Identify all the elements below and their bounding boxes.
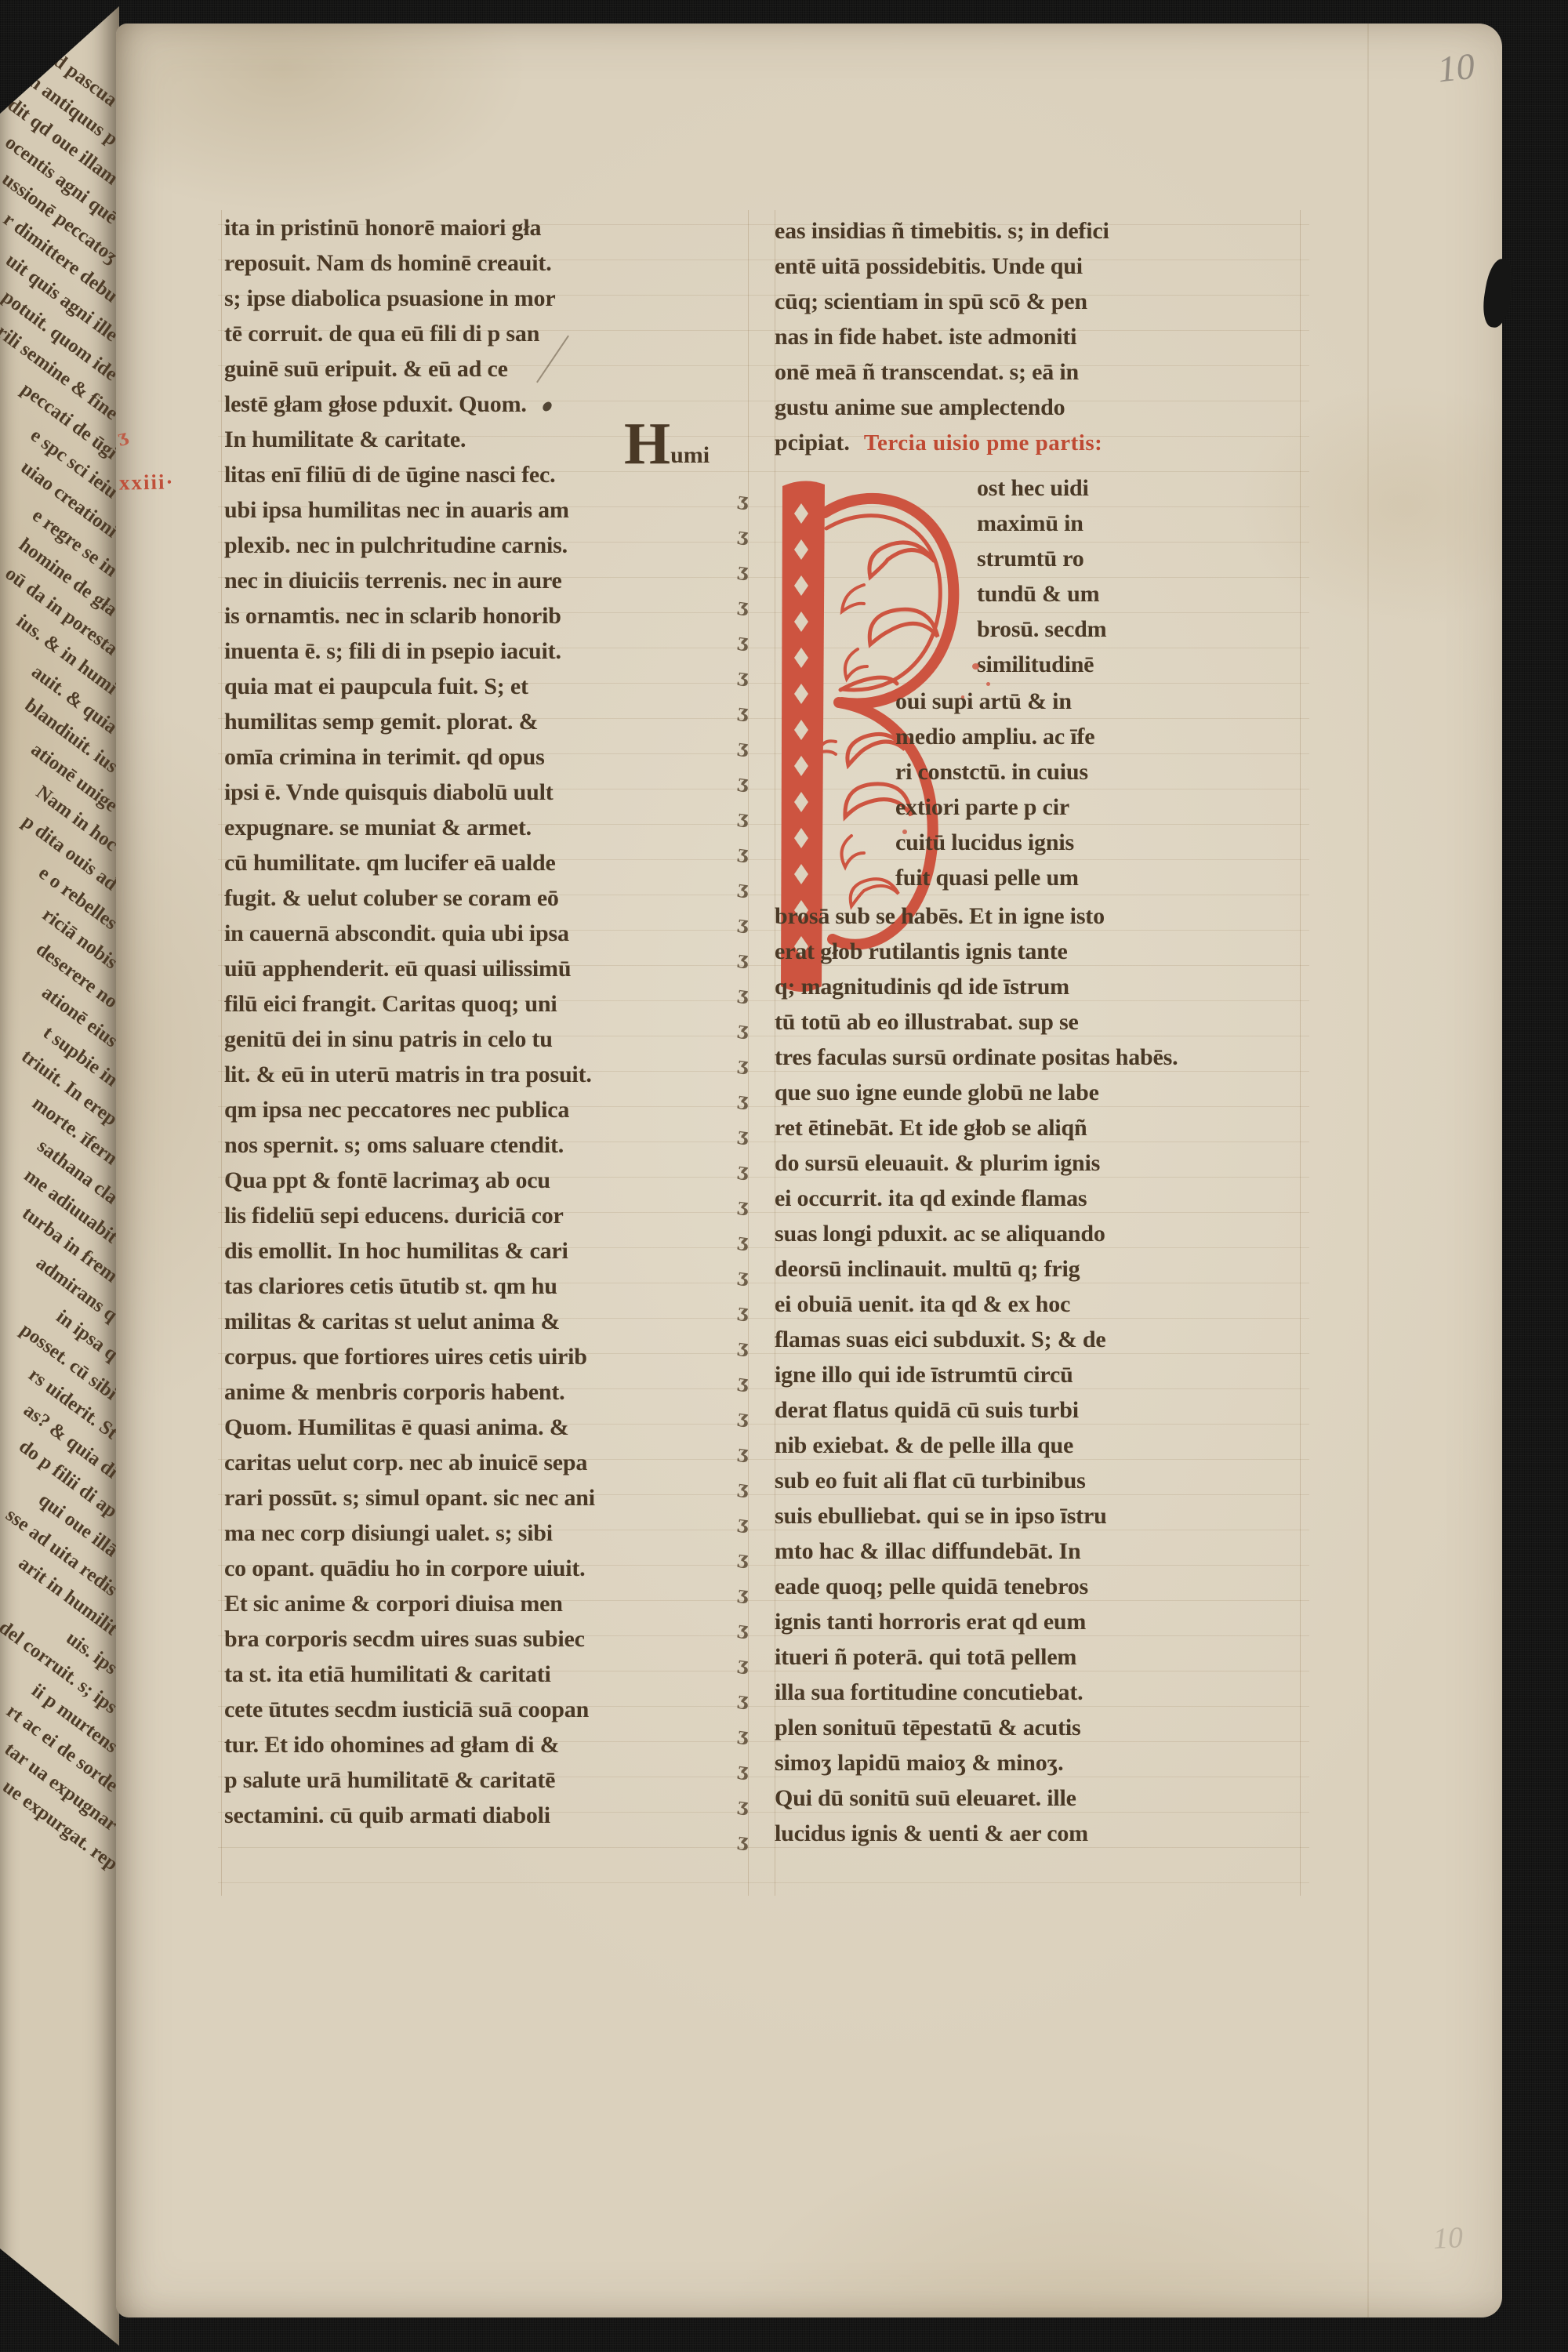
text-line: medio ampliu. ac īfe bbox=[895, 719, 1094, 754]
line-filler-mark: ʒ bbox=[735, 1047, 757, 1084]
text-line: plen sonituū tēpestatū & acutis bbox=[775, 1710, 1178, 1745]
text-line: uiū apphenderit. eū quasi uilissimū bbox=[224, 951, 754, 986]
manuscript-page: ita in pristinū honorē maiori głareposui… bbox=[116, 24, 1502, 2318]
text-line: sectamini. cū quib armati diaboli bbox=[224, 1798, 754, 1833]
red-ink-spatter bbox=[972, 663, 979, 670]
text-line: ret ētinebāt. Et ide głob se aliqñ bbox=[775, 1110, 1178, 1145]
initial-h-following-text: umi bbox=[670, 444, 710, 472]
line-filler-mark: ʒ bbox=[735, 941, 757, 978]
text-line: caritas uelut corp. nec ab inuicē sepa bbox=[224, 1445, 754, 1480]
line-filler-mark: ʒ bbox=[735, 835, 757, 873]
text-line: cuitū lucidus ignis bbox=[895, 825, 1094, 860]
text-line: in cauernā abscondit. quia ubi ipsa bbox=[224, 916, 754, 951]
line-filler-mark: ʒ bbox=[735, 482, 757, 520]
text-line: quia mat ei paupcula fuit. S; et bbox=[224, 669, 754, 704]
text-line: militas & caritas st uelut anima & bbox=[224, 1304, 754, 1339]
text-line: ei occurrit. ita qd exinde flamas bbox=[775, 1181, 1178, 1216]
ruling-vertical bbox=[221, 210, 222, 1896]
right-text-column-beside-bowl: ost hec uidimaximū instrumtū rotundū & u… bbox=[977, 470, 1106, 682]
text-line: p salute urā humilitatē & caritatē bbox=[224, 1762, 754, 1798]
text-line: fuit quasi pelle um bbox=[895, 860, 1094, 895]
red-ink-spatter bbox=[986, 682, 990, 686]
line-filler-mark: ʒ bbox=[735, 1435, 757, 1472]
text-line: tū totū ab eo illustrabat. sup se bbox=[775, 1004, 1178, 1040]
line-filler-mark: ʒ bbox=[735, 870, 757, 908]
line-filler-mark: ʒ bbox=[735, 1682, 757, 1719]
text-line: erat głob rutilantis ignis tante bbox=[775, 934, 1178, 969]
text-line: suis ebulliebat. qui se in ipso īstru bbox=[775, 1498, 1178, 1534]
text-line: ri constctū. in cuius bbox=[895, 754, 1094, 789]
gutter-line-filler-marks: ʒʒʒʒʒʒʒʒʒʒʒʒʒʒʒʒʒʒʒʒʒʒʒʒʒʒʒʒʒʒʒʒʒʒʒʒʒʒʒ bbox=[738, 483, 755, 1859]
text-line: lis fideliū sepi educens. duriciā cor bbox=[224, 1198, 754, 1233]
text-line: qm ipsa nec peccatores nec publica bbox=[224, 1092, 754, 1127]
line-filler-mark: ʒ bbox=[735, 1752, 757, 1790]
pencil-folio-number-bottom: 10 bbox=[1432, 2223, 1464, 2254]
text-line: strumtū ro bbox=[977, 541, 1106, 576]
text-line: ita in pristinū honorē maiori gła bbox=[224, 210, 754, 245]
text-line: ta st. ita etiā humilitati & caritati bbox=[224, 1657, 754, 1692]
text-line: ost hec uidi bbox=[977, 470, 1106, 506]
line-filler-mark: ʒ bbox=[735, 1294, 757, 1331]
text-line: tur. Et ido ohomines ad głam di & bbox=[224, 1727, 754, 1762]
text-line: is ornamtis. nec in sclarib honorib bbox=[224, 598, 754, 633]
text-line: do sursū eleuauit. & plurim ignis bbox=[775, 1145, 1178, 1181]
line-filler-mark: ʒ bbox=[735, 1788, 757, 1825]
text-line: que suo igne eunde globū ne labe bbox=[775, 1075, 1178, 1110]
text-line: s; ipse diabolica psuasione in mor bbox=[224, 281, 754, 316]
rubric-text: Tercia uisio pme partis: bbox=[864, 430, 1102, 456]
ruling-vertical bbox=[1300, 210, 1301, 1896]
text-line: sub eo fuit ali flat cū turbinibus bbox=[775, 1463, 1178, 1498]
text-line: maximū in bbox=[977, 506, 1106, 541]
line-filler-mark: ʒ bbox=[735, 1117, 757, 1155]
enlarged-initial-h: H umi bbox=[624, 416, 710, 472]
line-filler-mark: ʒ bbox=[735, 1188, 757, 1225]
line-filler-mark: ʒ bbox=[735, 764, 757, 802]
pencil-folio-number-top: 10 bbox=[1436, 49, 1477, 89]
line-filler-mark: ʒ bbox=[735, 1329, 757, 1367]
text-line: co opant. quādiu ho in corpore uiuit. bbox=[224, 1551, 754, 1586]
text-line: deorsū inclinauit. multū q; frig bbox=[775, 1251, 1178, 1287]
text-line: fugit. & uelut coluber se coram eō bbox=[224, 880, 754, 916]
text-line: rari possūt. s; simul opant. sic nec ani bbox=[224, 1480, 754, 1515]
text-line: itueri ñ poterā. qui totā pellem bbox=[775, 1639, 1178, 1675]
line-filler-mark: ʒ bbox=[735, 1152, 757, 1190]
right-text-column-top: eas insidias ñ timebitis. s; in deficien… bbox=[775, 213, 1305, 425]
text-line: q; magnitudinis qd ide īstrum bbox=[775, 969, 1178, 1004]
line-filler-mark: ʒ bbox=[735, 1576, 757, 1613]
line-filler-mark: ʒ bbox=[735, 1399, 757, 1437]
text-line: ma nec corp disiungi ualet. s; sibi bbox=[224, 1515, 754, 1551]
line-filler-mark: ʒ bbox=[735, 1505, 757, 1543]
text-line: Quom. Humilitas ē quasi anima. & bbox=[224, 1410, 754, 1445]
text-line: derat flatus quidā cū suis turbi bbox=[775, 1392, 1178, 1428]
text-line: plexib. nec in pulchritudine carnis. bbox=[224, 528, 754, 563]
rubric-prefix-text: pcipiat. bbox=[775, 430, 850, 456]
text-line: Qua ppt & fontē lacrimaʒ ab ocu bbox=[224, 1163, 754, 1198]
line-filler-mark: ʒ bbox=[735, 1258, 757, 1296]
text-line: Et sic anime & corpori diuisa men bbox=[224, 1586, 754, 1621]
initial-h-letter: H bbox=[624, 416, 670, 472]
line-filler-mark: ʒ bbox=[735, 729, 757, 767]
text-line: guinē suū eripuit. & eū ad ce bbox=[224, 351, 754, 387]
text-line: omīa crimina in terimit. qd opus bbox=[224, 739, 754, 775]
text-line: cū humilitate. qm lucifer eā ualde bbox=[224, 845, 754, 880]
line-filler-mark: ʒ bbox=[735, 976, 757, 1014]
text-line: gustu anime sue amplectendo bbox=[775, 390, 1305, 425]
text-line: bra corporis secdm uires suas subiec bbox=[224, 1621, 754, 1657]
line-filler-mark: ʒ bbox=[735, 588, 757, 626]
text-line: nos spernit. s; oms saluare ctendit. bbox=[224, 1127, 754, 1163]
right-text-column-lower: brosā sub se habēs. Et in igne istoerat … bbox=[775, 898, 1178, 1851]
text-line: genitū dei in sinu patris in celo tu bbox=[224, 1022, 754, 1057]
text-line: cūq; scientiam in spū scō & pen bbox=[775, 284, 1305, 319]
line-filler-mark: ʒ bbox=[735, 623, 757, 661]
text-line: tē corruit. de qua eū fili di p san bbox=[224, 316, 754, 351]
line-filler-mark: ʒ bbox=[735, 1823, 757, 1860]
text-line: oui supi artū & in bbox=[895, 684, 1094, 719]
line-filler-mark: ʒ bbox=[735, 553, 757, 590]
text-line: nas in fide habet. iste admoniti bbox=[775, 319, 1305, 354]
text-line: igne illo qui ide īstrumtū circū bbox=[775, 1357, 1178, 1392]
red-ink-spatter bbox=[961, 695, 964, 699]
text-line: illa sua fortitudine concutiebat. bbox=[775, 1675, 1178, 1710]
text-line: corpus. que fortiores uires cetis uirib bbox=[224, 1339, 754, 1374]
text-line: reposuit. Nam ds hominē creauit. bbox=[224, 245, 754, 281]
text-line: dis emollit. In hoc humilitas & cari bbox=[224, 1233, 754, 1269]
text-line: ipsi ē. Vnde quisquis diabolū uult bbox=[224, 775, 754, 810]
line-filler-mark: ʒ bbox=[735, 1646, 757, 1684]
text-line: ei obuiā uenit. ita qd & ex hoc bbox=[775, 1287, 1178, 1322]
margin-quire-mark: ʒ bbox=[116, 427, 129, 445]
rubric-line: pcipiat.Tercia uisio pme partis: bbox=[775, 425, 1102, 460]
line-filler-mark: ʒ bbox=[735, 1611, 757, 1649]
line-filler-mark: ʒ bbox=[735, 1011, 757, 1049]
line-filler-mark: ʒ bbox=[735, 1541, 757, 1578]
text-line: ignis tanti horroris erat qd eum bbox=[775, 1604, 1178, 1639]
line-filler-mark: ʒ bbox=[735, 1470, 757, 1508]
facing-page-edge: dita ouis ad pascuaē Nam antiquus pudit … bbox=[0, 0, 119, 2352]
text-line: cete ūtutes secdm iusticiā suā coopan bbox=[224, 1692, 754, 1727]
text-line: brosā sub se habēs. Et in igne isto bbox=[775, 898, 1178, 934]
line-filler-mark: ʒ bbox=[735, 906, 757, 943]
text-line: brosū. secdm bbox=[977, 612, 1106, 647]
text-line: tres faculas sursū ordinate positas habē… bbox=[775, 1040, 1178, 1075]
text-line: inuenta ē. s; fili di in psepio iacuit. bbox=[224, 633, 754, 669]
parchment-crease bbox=[1367, 24, 1369, 2318]
text-line: eade quoq; pelle quidā tenebros bbox=[775, 1569, 1178, 1604]
line-filler-mark: ʒ bbox=[735, 1223, 757, 1261]
text-line: extiori parte p cir bbox=[895, 789, 1094, 825]
text-line: humilitas semp gemit. plorat. & bbox=[224, 704, 754, 739]
text-line: nib exiebat. & de pelle illa que bbox=[775, 1428, 1178, 1463]
red-ink-spatter bbox=[902, 829, 907, 834]
line-filler-mark: ʒ bbox=[735, 1082, 757, 1120]
line-filler-mark: ʒ bbox=[735, 1364, 757, 1402]
line-filler-mark: ʒ bbox=[735, 1717, 757, 1755]
line-filler-mark: ʒ bbox=[735, 659, 757, 696]
text-line: suas longi pduxit. ac se aliquando bbox=[775, 1216, 1178, 1251]
text-line: eas insidias ñ timebitis. s; in defici bbox=[775, 213, 1305, 249]
line-filler-mark: ʒ bbox=[735, 800, 757, 837]
text-line: tas clariores cetis ūtutib st. qm hu bbox=[224, 1269, 754, 1304]
text-line: mto hac & illac diffundebāt. In bbox=[775, 1534, 1178, 1569]
text-line: simoʒ lapidū maioʒ & minoʒ. bbox=[775, 1745, 1178, 1780]
margin-chapter-number: xxiii· bbox=[119, 471, 175, 493]
text-line: lucidus ignis & uenti & aer com bbox=[775, 1816, 1178, 1851]
line-filler-mark: ʒ bbox=[735, 694, 757, 731]
text-line: anime & menbris corporis habent. bbox=[224, 1374, 754, 1410]
text-line: onē meā ñ transcendat. s; eā in bbox=[775, 354, 1305, 390]
text-line: lit. & eū in uterū matris in tra posuit. bbox=[224, 1057, 754, 1092]
text-line: tundū & um bbox=[977, 576, 1106, 612]
text-line: filū eici frangit. Caritas quoq; uni bbox=[224, 986, 754, 1022]
text-line: entē uitā possidebitis. Unde qui bbox=[775, 249, 1305, 284]
line-filler-mark: ʒ bbox=[735, 517, 757, 555]
text-line: similitudinē bbox=[977, 647, 1106, 682]
text-line: flamas suas eici subduxit. S; & de bbox=[775, 1322, 1178, 1357]
text-line: Qui dū sonitū suū eleuaret. ille bbox=[775, 1780, 1178, 1816]
text-line: expugnare. se muniat & armet. bbox=[224, 810, 754, 845]
text-line: nec in diuiciis terrenis. nec in aure bbox=[224, 563, 754, 598]
parchment-edge-flaw bbox=[1479, 257, 1516, 329]
text-line: ubi ipsa humilitas nec in auaris am bbox=[224, 492, 754, 528]
right-text-column-beside-stem: oui supi artū & inmedio ampliu. ac īferi… bbox=[895, 684, 1094, 895]
